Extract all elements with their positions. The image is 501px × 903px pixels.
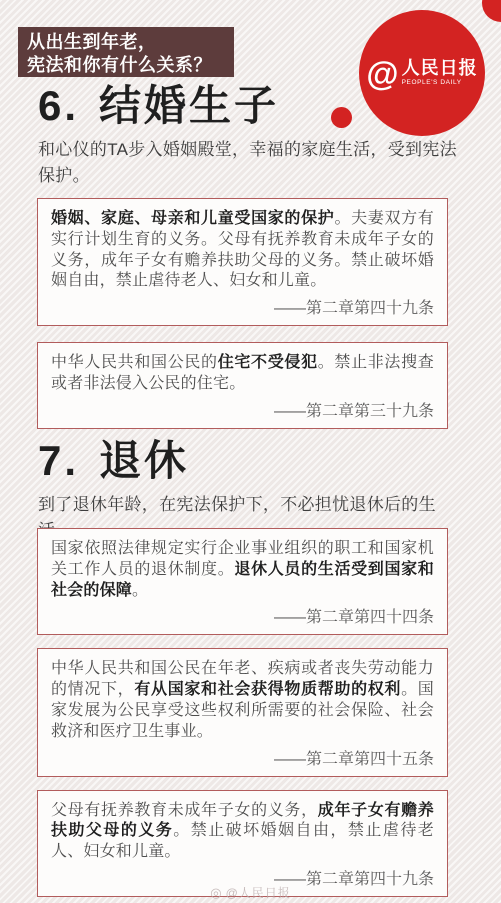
section-title: 结婚生子 (99, 82, 279, 129)
section-marriage: 6.结婚生子 和心仪的TA步入婚姻殿堂，幸福的家庭生活，受到宪法保护。 (38, 82, 464, 188)
header-tagline-box: 从出生到年老， 宪法和你有什么关系？ (18, 27, 234, 77)
article-text-regular: 父母有抚养教育未成年子女的义务， (51, 802, 318, 819)
logo-name-cn: 人民日报 (402, 59, 478, 79)
article-text-regular: 中华人民共和国公民的 (51, 354, 218, 371)
article-text-regular: 。 (132, 582, 148, 599)
constitution-infographic-poster: 从出生到年老， 宪法和你有什么关系？ @ 人民日报 PEOPLE'S DAILY… (0, 0, 501, 903)
article-citation: ——第二章第四十四条 (51, 604, 434, 627)
article-card: 国家依照法律规定实行企业事业组织的职工和国家机关工作人员的退休制度。退休人员的生… (37, 528, 448, 635)
tagline-line2: 宪法和你有什么关系？ (27, 54, 234, 77)
article-text-bold: 婚姻、家庭、母亲和儿童受国家的保护 (51, 210, 334, 227)
article-text-bold: 有从国家和社会获得物质帮助的权利 (134, 681, 401, 698)
article-card: 中华人民共和国公民在年老、疾病或者丧失劳动能力的情况下，有从国家和社会获得物质帮… (37, 648, 448, 776)
article-card: 父母有抚养教育未成年子女的义务，成年子女有赡养扶助父母的义务。禁止破坏婚姻自由，… (37, 790, 448, 897)
article-card: 婚姻、家庭、母亲和儿童受国家的保护。夫妻双方有实行计划生育的义务。父母有抚养教育… (37, 198, 448, 326)
section-retirement-articles: 国家依照法律规定实行企业事业组织的职工和国家机关工作人员的退休制度。退休人员的生… (37, 528, 448, 897)
article-citation: ——第二章第四十九条 (51, 295, 434, 318)
article-text: 国家依照法律规定实行企业事业组织的职工和国家机关工作人员的退休制度。退休人员的生… (51, 539, 434, 601)
section-number: 7. (38, 437, 79, 484)
logo-corner-bubble (482, 0, 501, 22)
article-text: 婚姻、家庭、母亲和儿童受国家的保护。夫妻双方有实行计划生育的义务。父母有抚养教育… (51, 209, 434, 292)
weibo-logo-icon: ◎ (210, 885, 222, 900)
section-marriage-heading: 6.结婚生子 (38, 82, 464, 130)
section-marriage-articles: 婚姻、家庭、母亲和儿童受国家的保护。夫妻双方有实行计划生育的义务。父母有抚养教育… (37, 198, 448, 429)
article-citation: ——第二章第三十九条 (51, 398, 434, 421)
section-title: 退休 (99, 437, 189, 484)
section-description: 和心仪的TA步入婚姻殿堂，幸福的家庭生活，受到宪法保护。 (38, 137, 464, 188)
section-number: 6. (38, 82, 79, 129)
article-citation: ——第二章第四十五条 (51, 746, 434, 769)
article-text: 中华人民共和国公民在年老、疾病或者丧失劳动能力的情况下，有从国家和社会获得物质帮… (51, 659, 434, 742)
article-text-bold: 住宅不受侵犯 (218, 354, 318, 371)
article-card: 中华人民共和国公民的住宅不受侵犯。禁止非法搜查或者非法侵入公民的住宅。 ——第二… (37, 342, 448, 429)
tagline-line1: 从出生到年老， (27, 31, 234, 54)
article-text: 中华人民共和国公民的住宅不受侵犯。禁止非法搜查或者非法侵入公民的住宅。 (51, 353, 434, 395)
section-retirement-heading: 7.退休 (38, 437, 464, 485)
watermark: ◎@人民日报 (0, 884, 501, 901)
article-text: 父母有抚养教育未成年子女的义务，成年子女有赡养扶助父母的义务。禁止破坏婚姻自由，… (51, 801, 434, 863)
watermark-text: @人民日报 (226, 886, 291, 900)
